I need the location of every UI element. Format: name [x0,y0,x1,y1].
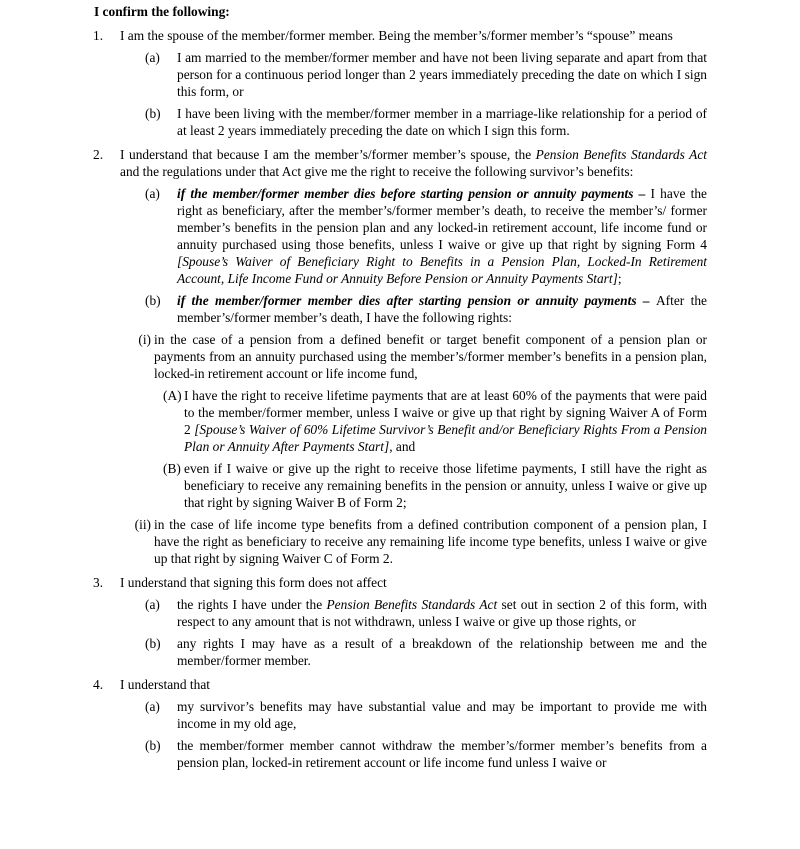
item-3a: (a)the rights I have under the Pension B… [177,596,707,630]
item-4a: (a)my survivor’s benefits may have subst… [177,698,707,732]
item-4b-text: the member/former member cannot withdraw… [177,738,707,770]
item-2-text-run-0: I understand that because I am the membe… [120,147,536,162]
item-3b-marker: (b) [145,635,161,652]
item-2b-ii-marker: (ii) [135,516,151,533]
item-2a-run-3: ; [618,271,622,286]
item-3a-run-0: the rights I have under the [177,597,327,612]
item-2b-run-0: if the member/former member dies after s… [177,293,656,308]
item-4b-marker: (b) [145,737,161,754]
item-2a-run-0: if the member/former member dies before … [177,186,651,201]
item-4b: (b)the member/former member cannot withd… [177,737,707,771]
item-2b-i-B: (B)even if I waive or give up the right … [184,460,707,511]
item-2: 2.I understand that because I am the mem… [120,146,707,180]
item-3b-text: any rights I may have as a result of a b… [177,636,707,668]
item-2b-i-marker: (i) [138,331,151,348]
item-2b-i-A-marker: (A) [163,387,182,404]
item-2-text-run-2: and the regulations under that Act give … [120,164,633,179]
item-2-marker: 2. [93,146,103,163]
item-2b-i: (i)in the case of a pension from a defin… [154,331,707,382]
item-4a-text: my survivor’s benefits may have substant… [177,699,707,731]
item-1b-text: I have been living with the member/forme… [177,106,707,138]
item-2b-i-A: (A)I have the right to receive lifetime … [184,387,707,455]
item-2b-i-A-run-2: , and [389,439,415,454]
item-3-marker: 3. [93,574,103,591]
item-2b-ii-text: in the case of life income type benefits… [154,517,707,566]
item-2b-i-B-marker: (B) [163,460,181,477]
item-1-marker: 1. [93,27,103,44]
item-1b: (b)I have been living with the member/fo… [177,105,707,139]
item-2-text-run-1: Pension Benefits Standards Act [536,147,707,162]
item-3: 3.I understand that signing this form do… [120,574,707,591]
document-page: I confirm the following: 1.I am the spou… [0,0,800,849]
item-2b-i-A-run-1: [Spouse’s Waiver of 60% Lifetime Survivo… [184,422,707,454]
item-4-text: I understand that [120,677,210,692]
item-1a-marker: (a) [145,49,160,66]
item-1a: (a)I am married to the member/former mem… [177,49,707,100]
item-3b: (b)any rights I may have as a result of … [177,635,707,669]
item-2a-marker: (a) [145,185,160,202]
item-3a-marker: (a) [145,596,160,613]
item-2b-i-B-text: even if I waive or give up the right to … [184,461,707,510]
item-1-text: I am the spouse of the member/former mem… [120,28,673,43]
item-1: 1.I am the spouse of the member/former m… [120,27,707,44]
item-1a-text: I am married to the member/former member… [177,50,707,99]
item-2b: (b)if the member/former member dies afte… [177,292,707,326]
item-3-text: I understand that signing this form does… [120,575,387,590]
item-2a: (a)if the member/former member dies befo… [177,185,707,287]
confirmation-heading: I confirm the following: [94,3,800,20]
item-2b-i-text: in the case of a pension from a defined … [154,332,707,381]
item-2b-marker: (b) [145,292,161,309]
item-3a-run-1: Pension Benefits Standards Act [327,597,498,612]
item-2b-ii: (ii)in the case of life income type bene… [154,516,707,567]
item-4-marker: 4. [93,676,103,693]
item-1b-marker: (b) [145,105,161,122]
item-4: 4.I understand that [120,676,707,693]
item-2a-run-2: [Spouse’s Waiver of Beneficiary Right to… [177,254,707,286]
item-4a-marker: (a) [145,698,160,715]
